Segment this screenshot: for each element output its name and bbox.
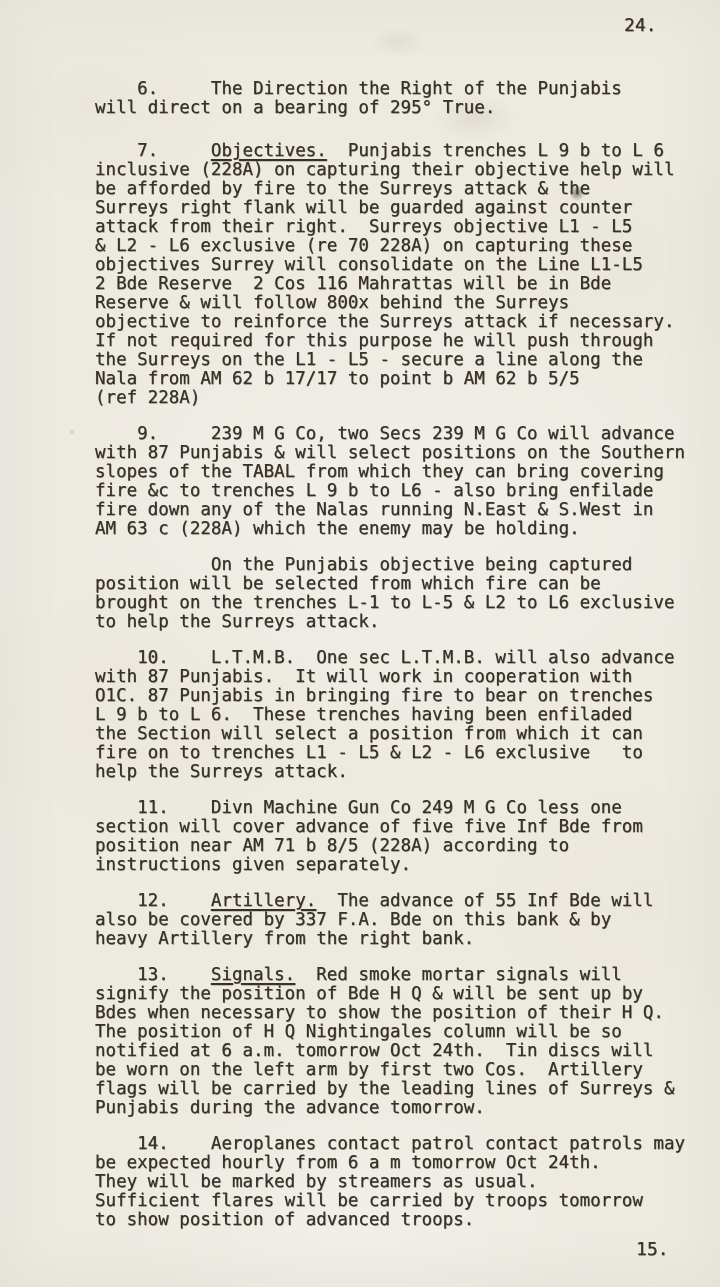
- text-line: the Surreys on the L1 - L5 - secure a li…: [95, 351, 720, 370]
- text-line: Bdes when necessary to show the position…: [95, 1004, 720, 1023]
- text-line: be worn on the left arm by first two Cos…: [95, 1061, 720, 1080]
- text-line: help the Surreys attack.: [95, 763, 720, 782]
- text-line: heavy Artillery from the right bank.: [95, 930, 720, 949]
- text-line: The position of H Q Nightingales column …: [95, 1023, 720, 1042]
- text-line: fire on to trenches L1 - L5 & L2 - L6 ex…: [95, 744, 720, 763]
- text-line: 12. Artillery. The advance of 55 Inf Bde…: [95, 892, 720, 911]
- paragraph-12: 12. Artillery. The advance of 55 Inf Bde…: [95, 892, 720, 949]
- text-line: 2 Bde Reserve 2 Cos 116 Mahrattas will b…: [95, 275, 720, 294]
- text-line: with 87 Punjabis. It will work in cooper…: [95, 668, 720, 687]
- text-line: signify the position of Bde H Q & will b…: [95, 985, 720, 1004]
- text-line: will direct on a bearing of 295° True.: [95, 99, 720, 118]
- text-line: objectives Surrey will consolidate on th…: [95, 256, 720, 275]
- text-line: the Section will select a position from …: [95, 725, 720, 744]
- paragraph-13: 13. Signals. Red smoke mortar signals wi…: [95, 966, 720, 1118]
- paragraph-11: 11. Divn Machine Gun Co 249 M G Co less …: [95, 799, 720, 875]
- text-line: They will be marked by streamers as usua…: [95, 1173, 720, 1192]
- text-line: 7. Objectives. Punjabis trenches L 9 b t…: [95, 142, 720, 161]
- text-line: fire down any of the Nalas running N.Eas…: [95, 501, 720, 520]
- paragraph-7: 7. Objectives. Punjabis trenches L 9 b t…: [95, 142, 720, 408]
- text-line: 13. Signals. Red smoke mortar signals wi…: [95, 966, 720, 985]
- paragraph-9-continued: On the Punjabis objective being captured…: [95, 556, 720, 632]
- paragraph-6: 6. The Direction the Right of the Punjab…: [95, 80, 720, 118]
- scanned-document-page: 24. 6. The Direction the Right of the Pu…: [0, 0, 720, 1287]
- text-line: Nala from AM 62 b 17/17 to point b AM 62…: [95, 370, 720, 389]
- text-line: position near AM 71 b 8/5 (228A) accordi…: [95, 837, 720, 856]
- text-line: Reserve & will follow 800x behind the Su…: [95, 294, 720, 313]
- text-line: attack from their right. Surreys objecti…: [95, 218, 720, 237]
- text-line: with 87 Punjabis & will select positions…: [95, 444, 720, 463]
- page-number-bottom: 15.: [636, 1241, 669, 1259]
- typewritten-text-block: 6. The Direction the Right of the Punjab…: [95, 80, 720, 1230]
- text-line: (ref 228A): [95, 389, 720, 408]
- section-heading: Signals.: [211, 965, 295, 985]
- text-line: Surreys right flank will be guarded agai…: [95, 199, 720, 218]
- text-line: be afforded by fire to the Surreys attac…: [95, 180, 720, 199]
- text-line: If not required for this purpose he will…: [95, 332, 720, 351]
- text-line: fire &c to trenches L 9 b to L6 - also b…: [95, 482, 720, 501]
- text-line: to show position of advanced troops.: [95, 1211, 720, 1230]
- text-line: 10. L.T.M.B. One sec L.T.M.B. will also …: [95, 649, 720, 668]
- text-line: 6. The Direction the Right of the Punjab…: [95, 80, 720, 99]
- text-line: & L2 - L6 exclusive (re 70 228A) on capt…: [95, 237, 720, 256]
- text-line: brought on the trenches L-1 to L-5 & L2 …: [95, 594, 720, 613]
- text-line: On the Punjabis objective being captured: [95, 556, 720, 575]
- text-line: section will cover advance of five five …: [95, 818, 720, 837]
- section-heading: Artillery.: [211, 891, 316, 911]
- text-line: inclusive (228A) on capturing their obje…: [95, 161, 720, 180]
- text-line: slopes of the TABAL from which they can …: [95, 463, 720, 482]
- text-line: AM 63 c (228A) which the enemy may be ho…: [95, 520, 720, 539]
- text-line: instructions given separately.: [95, 856, 720, 875]
- section-heading: Objectives.: [211, 141, 327, 161]
- text-line: flags will be carried by the leading lin…: [95, 1080, 720, 1099]
- paragraph-10: 10. L.T.M.B. One sec L.T.M.B. will also …: [95, 649, 720, 782]
- text-line: 9. 239 M G Co, two Secs 239 M G Co will …: [95, 425, 720, 444]
- text-line: notified at 6 a.m. tomorrow Oct 24th. Ti…: [95, 1042, 720, 1061]
- text-line: 14. Aeroplanes contact patrol contact pa…: [95, 1135, 720, 1154]
- text-line: Punjabis during the advance tomorrow.: [95, 1099, 720, 1118]
- paragraph-14: 14. Aeroplanes contact patrol contact pa…: [95, 1135, 720, 1230]
- text-line: also be covered by 337 F.A. Bde on this …: [95, 911, 720, 930]
- text-line: Sufficient flares will be carried by tro…: [95, 1192, 720, 1211]
- text-line: objective to reinforce the Surreys attac…: [95, 313, 720, 332]
- text-line: to help the Surreys attack.: [95, 613, 720, 632]
- text-line: L 9 b to L 6. These trenches having been…: [95, 706, 720, 725]
- page-number-top: 24.: [624, 17, 657, 35]
- text-line: be expected hourly from 6 a m tomorrow O…: [95, 1154, 720, 1173]
- text-line: 11. Divn Machine Gun Co 249 M G Co less …: [95, 799, 720, 818]
- paragraph-9: 9. 239 M G Co, two Secs 239 M G Co will …: [95, 425, 720, 539]
- text-line: position will be selected from which fir…: [95, 575, 720, 594]
- text-line: O1C. 87 Punjabis in bringing fire to bea…: [95, 687, 720, 706]
